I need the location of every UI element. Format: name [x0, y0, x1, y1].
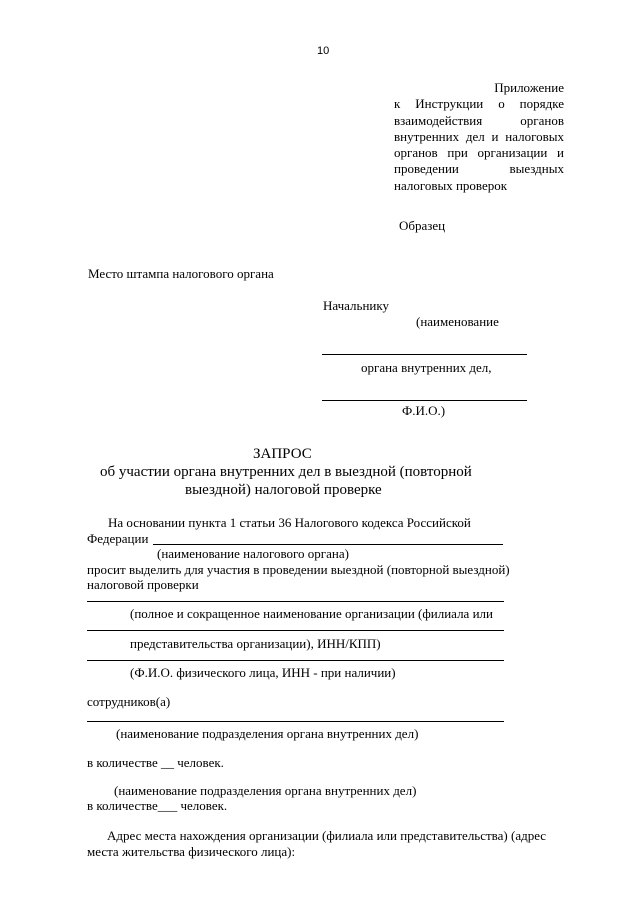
appendix-word: налоговых [505, 129, 564, 145]
document-subtitle-2: выездной) налоговой проверке [185, 481, 382, 499]
unit-name-line[interactable] [87, 721, 504, 722]
appendix-word: внутренних [394, 129, 459, 145]
appendix-word: организации [478, 145, 548, 161]
stamp-place-label: Место штампа налогового органа [88, 266, 274, 281]
document-title: ЗАПРОС [253, 447, 312, 462]
document-subtitle-1: об участии органа внутренних дел в выезд… [100, 463, 472, 481]
appendix-word: порядке [520, 96, 564, 112]
appendix-line-3: внутренних дел и налоговых [394, 129, 564, 145]
appendix-word: проведении [394, 161, 459, 177]
appendix-line-2: взаимодействия органов [394, 113, 564, 129]
addressee-fio-line[interactable] [322, 400, 527, 401]
appendix-word: Приложение [494, 80, 564, 95]
appendix-line-0: Приложение [394, 80, 564, 96]
org-name-line-2[interactable] [87, 630, 504, 631]
appendix-word: взаимодействия [394, 113, 482, 129]
appendix-line-1: к Инструкции о порядке [394, 96, 564, 112]
appendix-word: дел [466, 129, 485, 145]
appendix-word: выездных [509, 161, 564, 177]
addressee-hint-fio: Ф.И.О.) [402, 403, 445, 418]
body-p1-line2: Федерации [87, 531, 148, 546]
hint-person: (Ф.И.О. физического лица, ИНН - при нали… [130, 665, 396, 680]
appendix-note: Приложение к Инструкции о порядке взаимо… [394, 80, 564, 194]
addressee-hint-organ: органа внутренних дел, [361, 360, 492, 375]
appendix-word: о [498, 96, 505, 112]
appendix-word: органов [520, 113, 564, 129]
addressee-name-line[interactable] [322, 354, 527, 355]
appendix-word: к [394, 96, 400, 112]
address-line-2: места жительства физического лица): [87, 844, 295, 859]
appendix-word: и [557, 145, 564, 161]
quantity-1: в количестве __ человек. [87, 755, 224, 770]
quantity-2: в количестве___ человек. [87, 798, 227, 813]
appendix-line-5: проведении выездных [394, 161, 564, 177]
person-line[interactable] [87, 660, 504, 661]
address-line-1: Адрес места нахождения организации (фили… [107, 828, 546, 843]
appendix-word: налоговых проверок [394, 178, 507, 193]
hint-org-1: (полное и сокращенное наименование орган… [130, 606, 493, 621]
org-name-line-1[interactable] [87, 601, 504, 602]
employees-label: сотрудников(а) [87, 694, 170, 709]
hint-tax-org: (наименование налогового органа) [157, 546, 349, 561]
addressee-hint-name: (наименование [416, 314, 499, 329]
body-p2-line1: просит выделить для участия в проведении… [87, 562, 510, 577]
appendix-word: Инструкции [415, 96, 483, 112]
appendix-line-4: органов при организации и [394, 145, 564, 161]
hint-unit-2: (наименование подразделения органа внутр… [114, 783, 416, 798]
hint-org-2: представительства организации), ИНН/КПП) [130, 636, 381, 651]
appendix-word: органов [394, 145, 438, 161]
hint-unit-1: (наименование подразделения органа внутр… [116, 726, 418, 741]
addressee-to: Начальнику [323, 298, 389, 313]
tax-org-name-line[interactable] [153, 544, 503, 545]
appendix-line-6: налоговых проверок [394, 178, 564, 194]
page-number: 10 [317, 44, 329, 59]
sample-label: Образец [399, 218, 445, 233]
body-p2-line2: налоговой проверки [87, 577, 199, 592]
appendix-word: и [492, 129, 499, 145]
body-p1-line1: На основании пункта 1 статьи 36 Налогово… [108, 515, 471, 530]
appendix-word: при [447, 145, 467, 161]
